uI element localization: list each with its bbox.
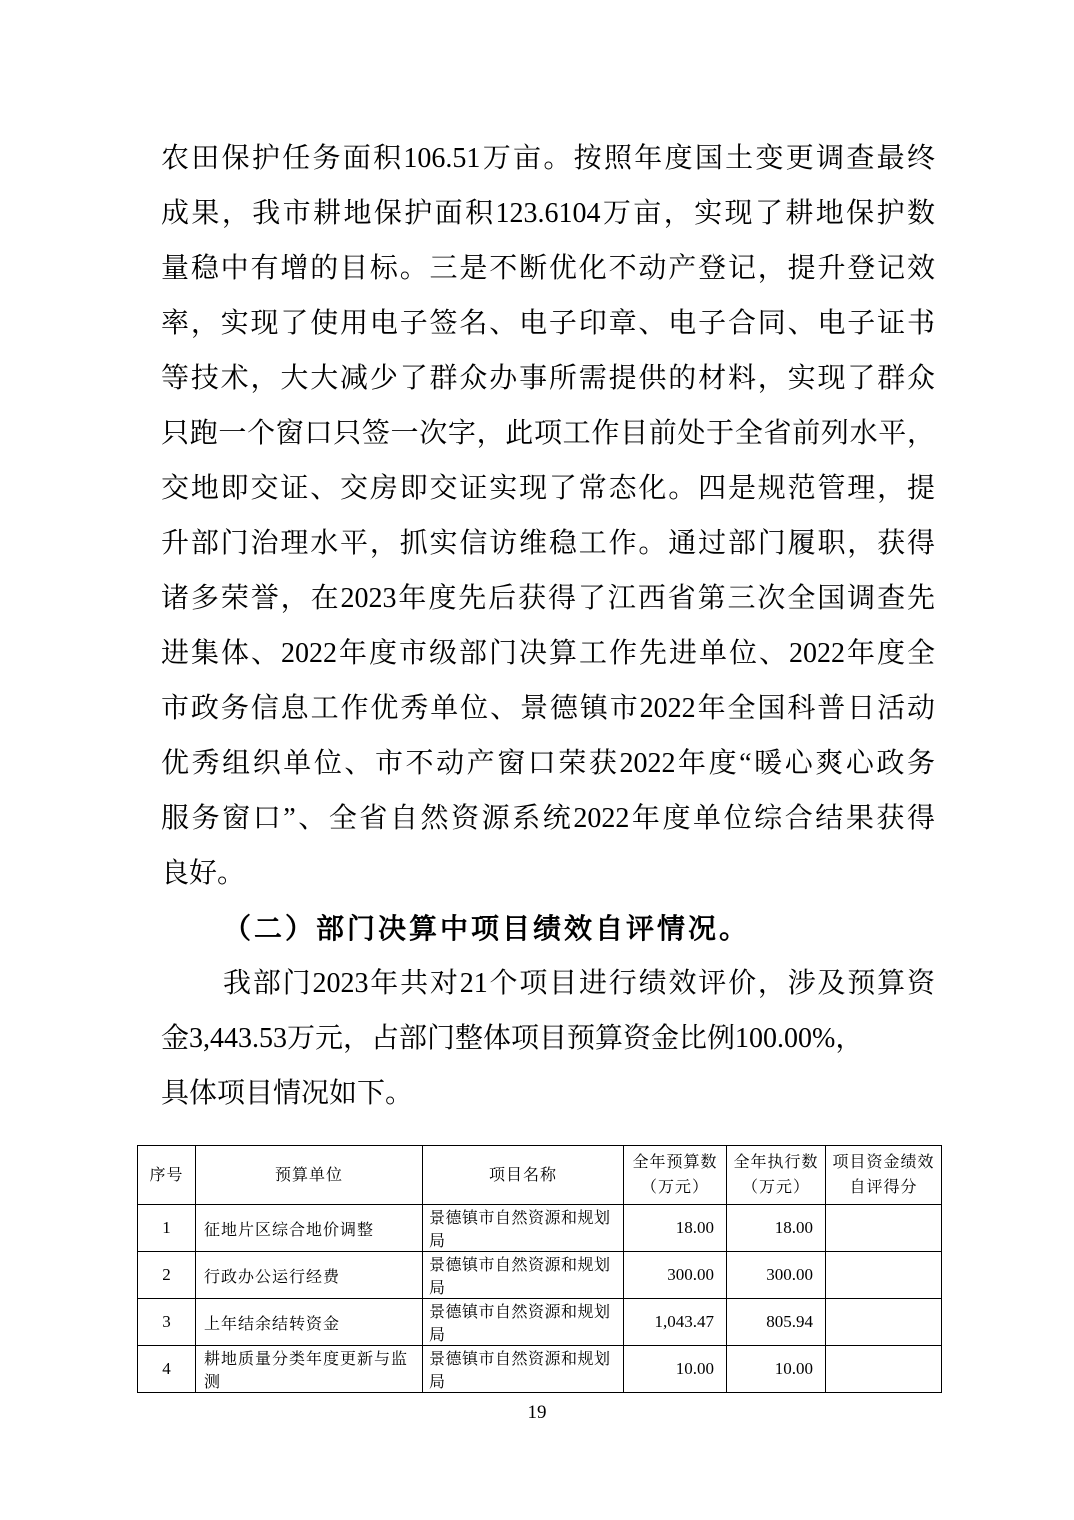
body-line: 具体项目情况如下。 [161, 1066, 935, 1121]
body-line: 等技术，大大减少了群众办事所需提供的材料，实现了群众 [161, 351, 935, 406]
table-cell: 10.00 [727, 1346, 826, 1393]
body-line: 良好。 [161, 846, 935, 901]
table-header-cell: 全年预算数 （万元） [624, 1146, 727, 1205]
table-cell: 18.00 [624, 1205, 727, 1252]
table-header-cell: 项目资金绩效 自评得分 [826, 1146, 942, 1205]
table-cell: 耕地质量分类年度更新与监测 [196, 1346, 423, 1393]
body-text-block: 农田保护任务面积106.51万亩。按照年度国土变更调查最终 成果，我市耕地保护面… [161, 131, 935, 1121]
document-page: 农田保护任务面积106.51万亩。按照年度国土变更调查最终 成果，我市耕地保护面… [0, 0, 1074, 1520]
table-cell [826, 1346, 942, 1393]
table-cell: 300.00 [624, 1252, 727, 1299]
table-row: 4 耕地质量分类年度更新与监测 景德镇市自然资源和规划局 10.00 10.00 [138, 1346, 942, 1393]
table-cell: 18.00 [727, 1205, 826, 1252]
table-cell: 300.00 [727, 1252, 826, 1299]
body-line: 成果，我市耕地保护面积123.6104万亩，实现了耕地保护数 [161, 186, 935, 241]
body-line: 我部门2023年共对21个项目进行绩效评价，涉及预算资 [161, 956, 935, 1011]
table-cell: 2 [138, 1252, 196, 1299]
section-heading: （二）部门决算中项目绩效自评情况。 [161, 901, 935, 956]
table-header-row: 序号 预算单位 项目名称 全年预算数 （万元） 全年执行数 （万元） 项目资金绩… [138, 1146, 942, 1205]
project-performance-table: 序号 预算单位 项目名称 全年预算数 （万元） 全年执行数 （万元） 项目资金绩… [137, 1145, 942, 1393]
body-line: 诸多荣誉，在2023年度先后获得了江西省第三次全国调查先 [161, 571, 935, 626]
body-line: 只跑一个窗口只签一次字，此项工作目前处于全省前列水平， [161, 406, 935, 461]
table-row: 1 征地片区综合地价调整 景德镇市自然资源和规划局 18.00 18.00 [138, 1205, 942, 1252]
table-cell: 3 [138, 1299, 196, 1346]
body-line: 交地即交证、交房即交证实现了常态化。四是规范管理，提 [161, 461, 935, 516]
body-line: 服务窗口”、全省自然资源系统2022年度单位综合结果获得 [161, 791, 935, 846]
body-line: 升部门治理水平，抓实信访维稳工作。通过部门履职，获得 [161, 516, 935, 571]
body-line: 进集体、2022年度市级部门决算工作先进单位、2022年度全 [161, 626, 935, 681]
table-cell: 景德镇市自然资源和规划局 [423, 1205, 624, 1252]
table-cell: 805.94 [727, 1299, 826, 1346]
body-line: 量稳中有增的目标。三是不断优化不动产登记，提升登记效 [161, 241, 935, 296]
table-row: 2 行政办公运行经费 景德镇市自然资源和规划局 300.00 300.00 [138, 1252, 942, 1299]
table-cell: 行政办公运行经费 [196, 1252, 423, 1299]
table-cell: 1,043.47 [624, 1299, 727, 1346]
table-header-cell: 项目名称 [423, 1146, 624, 1205]
body-line: 市政务信息工作优秀单位、景德镇市2022年全国科普日活动 [161, 681, 935, 736]
body-line: 优秀组织单位、市不动产窗口荣获2022年度“暖心爽心政务 [161, 736, 935, 791]
table-header-cell: 预算单位 [196, 1146, 423, 1205]
table-cell [826, 1205, 942, 1252]
table-cell: 4 [138, 1346, 196, 1393]
table-cell: 1 [138, 1205, 196, 1252]
table-header-cell: 序号 [138, 1146, 196, 1205]
body-line: 金3,443.53万元，占部门整体项目预算资金比例100.00%， [161, 1011, 935, 1066]
table-row: 3 上年结余结转资金 景德镇市自然资源和规划局 1,043.47 805.94 [138, 1299, 942, 1346]
body-line: 率，实现了使用电子签名、电子印章、电子合同、电子证书 [161, 296, 935, 351]
table-cell: 征地片区综合地价调整 [196, 1205, 423, 1252]
page-number: 19 [0, 1402, 1074, 1424]
table-cell: 景德镇市自然资源和规划局 [423, 1346, 624, 1393]
table-header-cell: 全年执行数 （万元） [727, 1146, 826, 1205]
table-cell: 景德镇市自然资源和规划局 [423, 1299, 624, 1346]
table-cell: 上年结余结转资金 [196, 1299, 423, 1346]
table-cell: 景德镇市自然资源和规划局 [423, 1252, 624, 1299]
table-cell [826, 1299, 942, 1346]
table-cell: 10.00 [624, 1346, 727, 1393]
body-line: 农田保护任务面积106.51万亩。按照年度国土变更调查最终 [161, 131, 935, 186]
table-cell [826, 1252, 942, 1299]
